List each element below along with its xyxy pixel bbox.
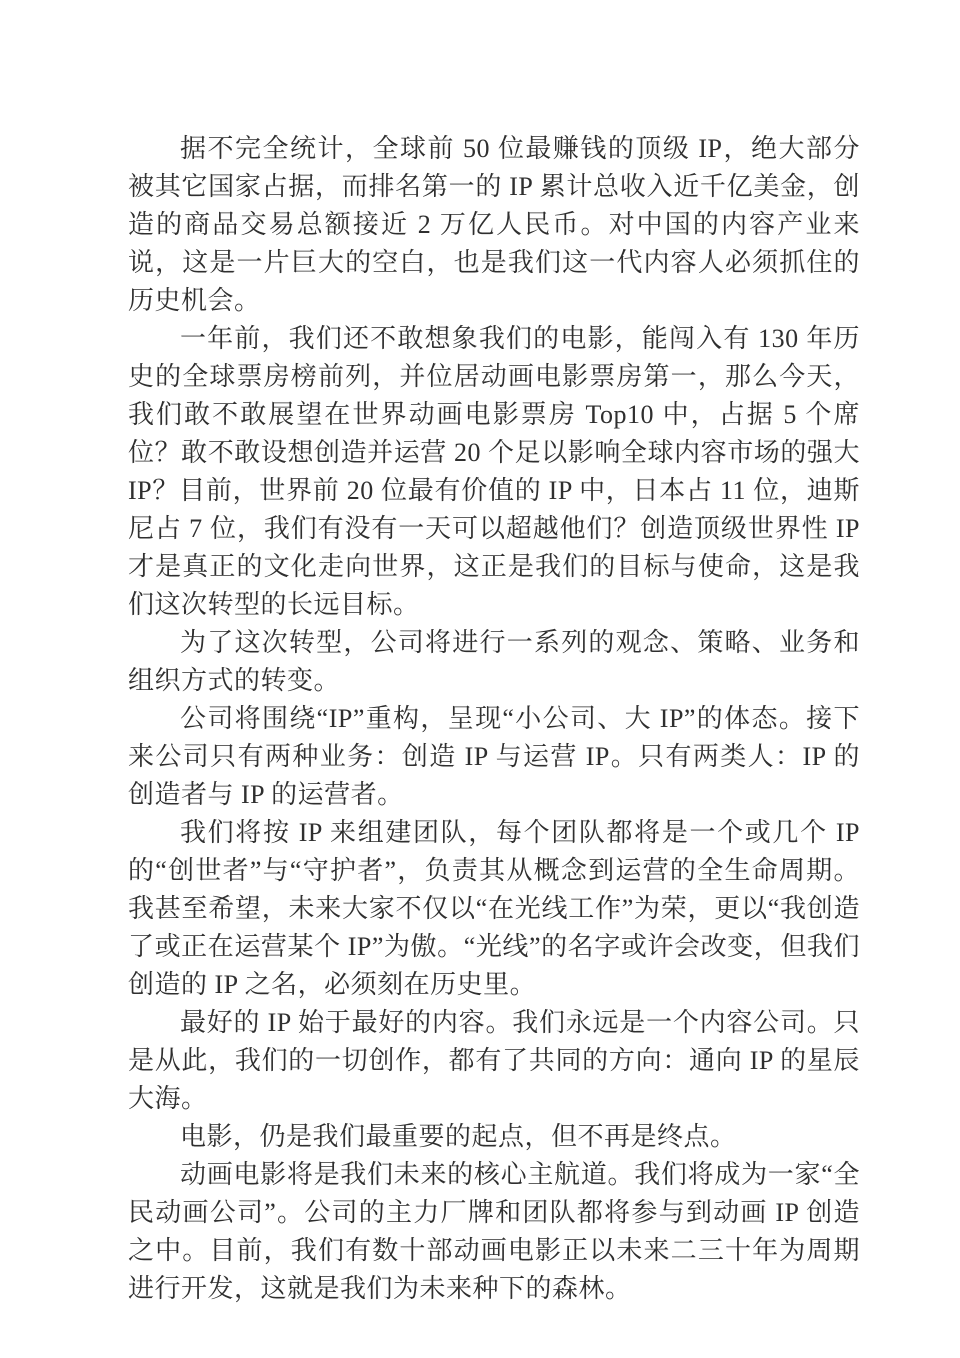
- article-body: 据不完全统计，全球前 50 位最赚钱的顶级 IP，绝大部分被其它国家占据，而排名…: [128, 130, 860, 1308]
- document-page: 据不完全统计，全球前 50 位最赚钱的顶级 IP，绝大部分被其它国家占据，而排名…: [0, 0, 960, 1358]
- paragraph-best-ip-content: 最好的 IP 始于最好的内容。我们永远是一个内容公司。只是从此，我们的一切创作，…: [128, 1004, 860, 1118]
- paragraph-one-year-ago: 一年前，我们还不敢想象我们的电影，能闯入有 130 年历史的全球票房榜前列，并位…: [128, 320, 860, 624]
- paragraph-film-starting-point: 电影，仍是我们最重要的起点，但不再是终点。: [128, 1118, 860, 1156]
- paragraph-ip-teams: 我们将按 IP 来组建团队，每个团队都将是一个或几个 IP 的“创世者”与“守护…: [128, 814, 860, 1004]
- paragraph-ip-statistics: 据不完全统计，全球前 50 位最赚钱的顶级 IP，绝大部分被其它国家占据，而排名…: [128, 130, 860, 320]
- paragraph-transformation: 为了这次转型，公司将进行一系列的观念、策略、业务和组织方式的转变。: [128, 624, 860, 700]
- paragraph-animation-future: 动画电影将是我们未来的核心主航道。我们将成为一家“全民动画公司”。公司的主力厂牌…: [128, 1156, 860, 1308]
- paragraph-company-restructure: 公司将围绕“IP”重构，呈现“小公司、大 IP”的体态。接下来公司只有两种业务：…: [128, 700, 860, 814]
